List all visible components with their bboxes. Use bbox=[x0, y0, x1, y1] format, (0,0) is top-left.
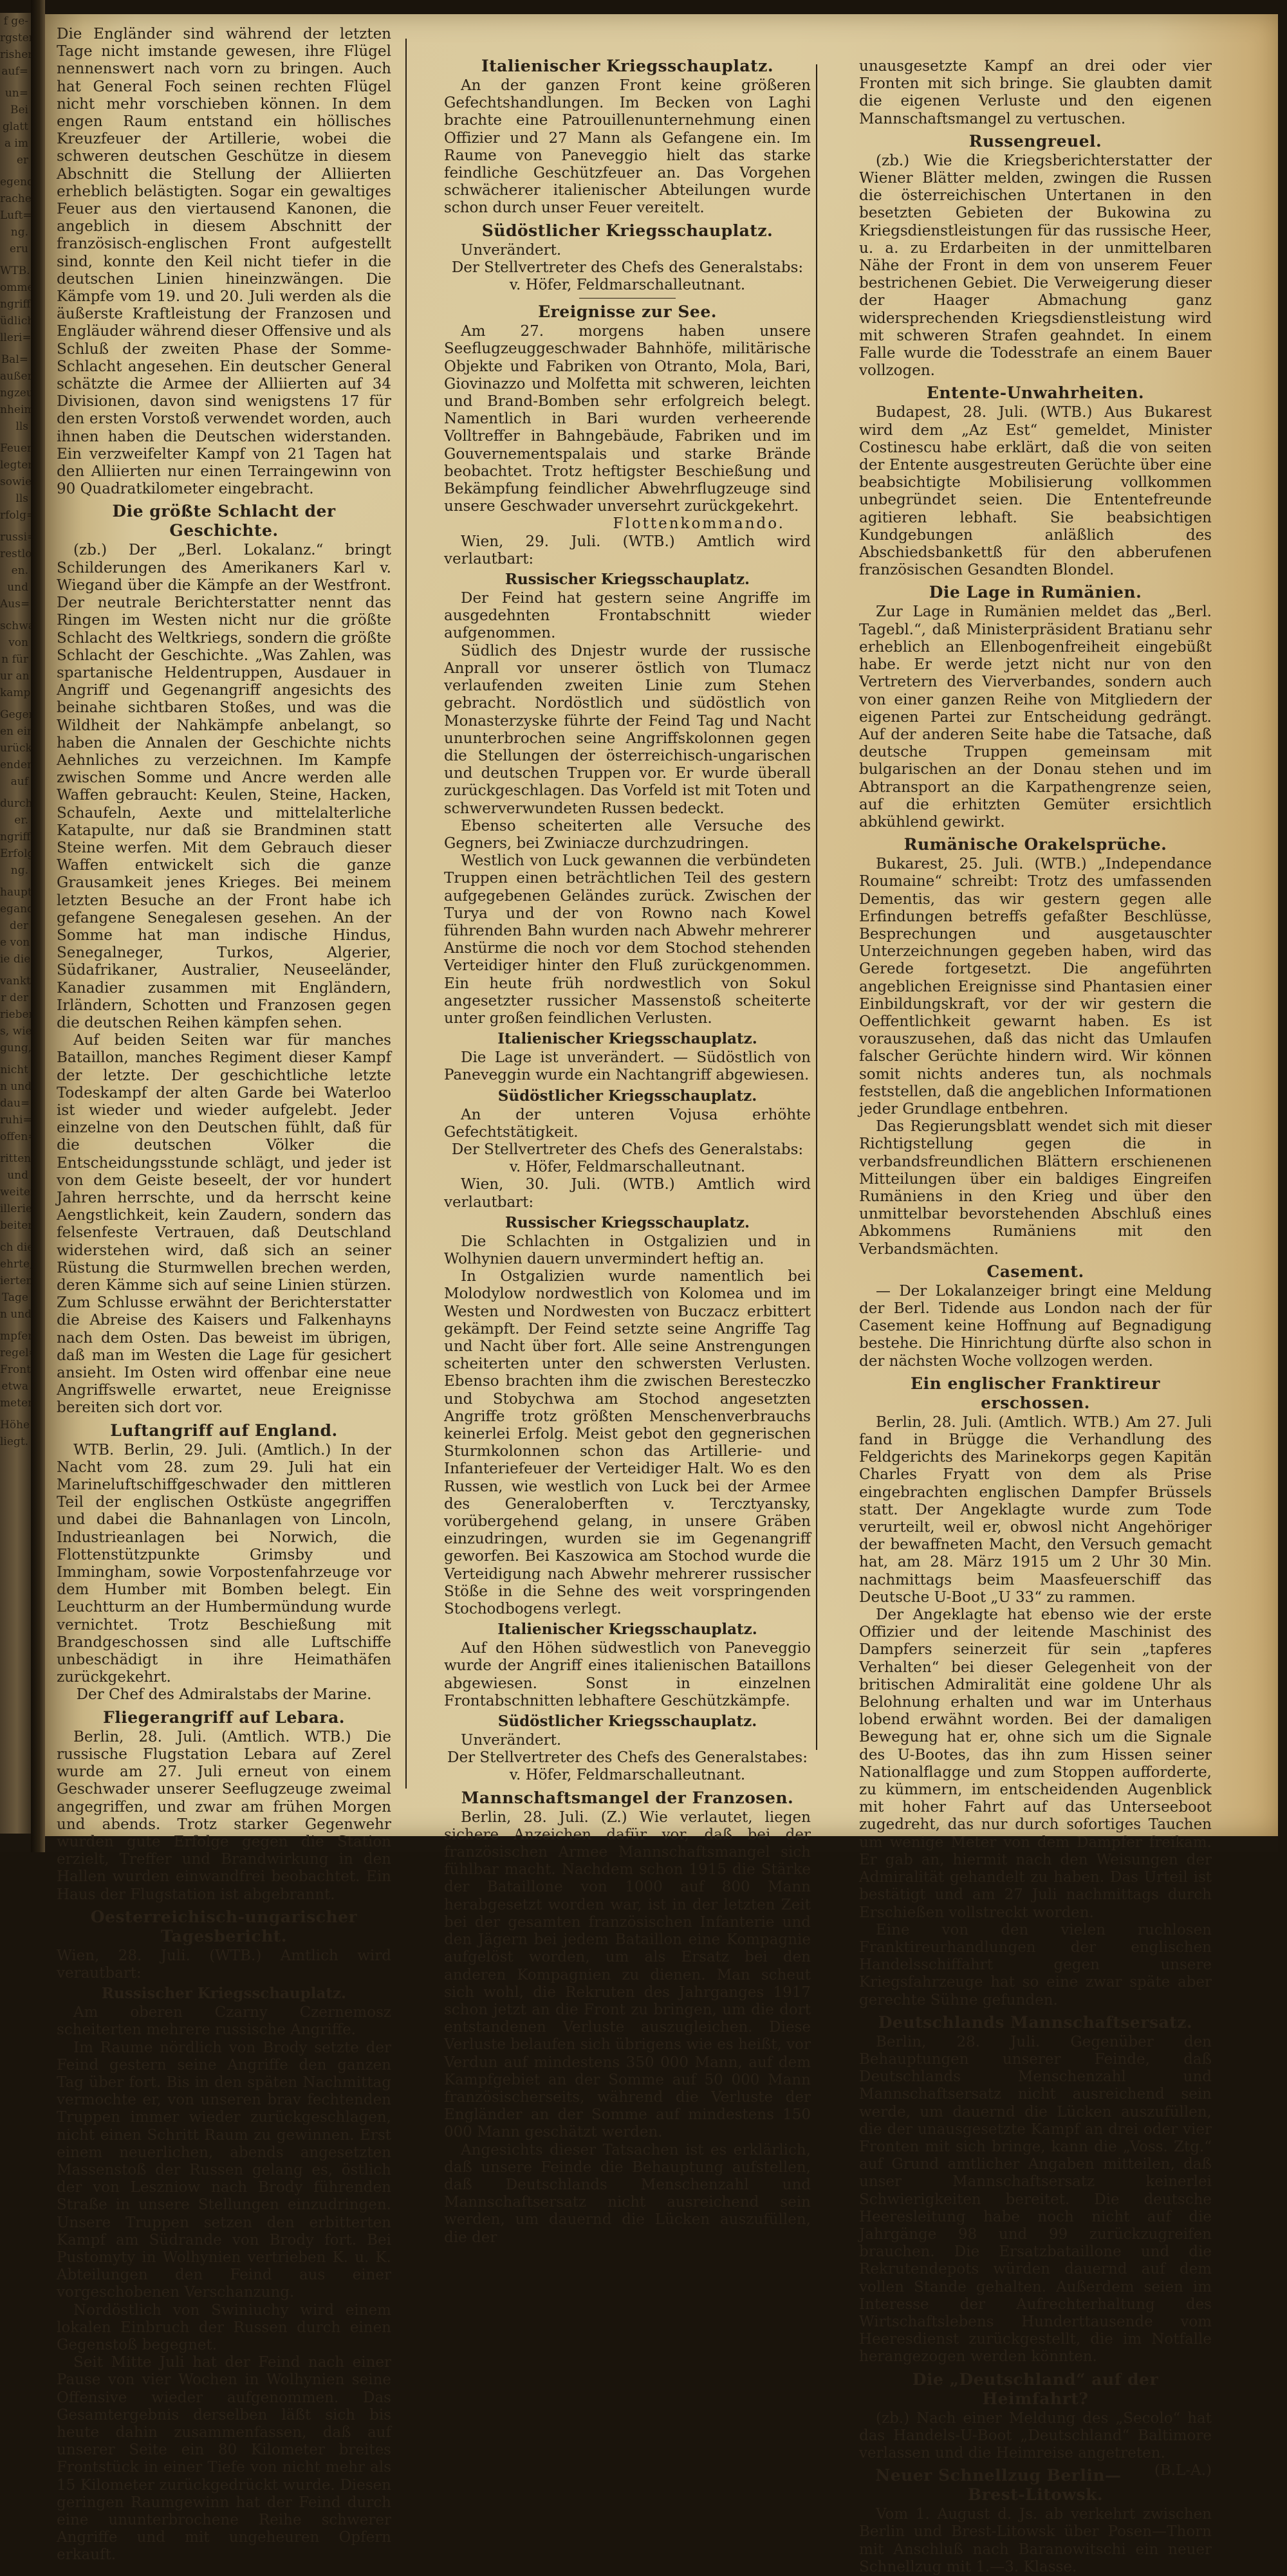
article-headline: Fliegerangriff auf Lebara. bbox=[57, 1708, 391, 1727]
article-headline: Entente-Unwahrheiten. bbox=[859, 383, 1212, 403]
article-paragraph: In Ostgalizien wurde namentlich bei Molo… bbox=[444, 1268, 811, 1618]
text: Südöstlicher Kriegsschauplatz. bbox=[482, 221, 773, 240]
facing-fragment-line: enden bbox=[0, 757, 31, 773]
article-headline: Italienischer Kriegsschauplatz. bbox=[444, 57, 811, 76]
facing-fragment-line: ng. bbox=[0, 862, 31, 879]
facing-fragment-line: illerie bbox=[0, 1201, 31, 1217]
text: Wien, 30. Juli. (WTB.) Amtlich wird verl… bbox=[444, 1176, 811, 1210]
text: Ein englischer Franktireur erschossen. bbox=[911, 1374, 1160, 1412]
facing-fragment-line: ehrte, bbox=[0, 1256, 31, 1273]
facing-fragment-line: ruhi= bbox=[0, 1112, 31, 1128]
column-left: Die Engländer sind während der letzten T… bbox=[57, 26, 391, 1852]
text: Die Schlachten in Ostgalizien und in Wol… bbox=[444, 1233, 811, 1267]
column-rule-1 bbox=[405, 39, 407, 1789]
binding-right-edge bbox=[1278, 0, 1287, 1852]
article-headline: Luftangriff auf England. bbox=[57, 1421, 391, 1440]
facing-fragment-line: außer bbox=[0, 368, 31, 385]
facing-fragment-line: egand bbox=[0, 901, 31, 917]
article-headline: Casement. bbox=[859, 1262, 1212, 1282]
binding-top-edge bbox=[0, 0, 1287, 14]
article-paragraph: Die Schlachten in Ostgalizien und in Wol… bbox=[444, 1233, 811, 1268]
article-paragraph: Budapest, 28. Juli. (WTB.) Aus Bukarest … bbox=[859, 404, 1212, 579]
facing-fragment-line: gung, bbox=[0, 1040, 31, 1056]
text: Die Lage in Rumänien. bbox=[929, 583, 1142, 602]
article-paragraph: unausgesetzte Kampf an drei oder vier Fr… bbox=[859, 58, 1212, 128]
facing-fragment-line: ie die bbox=[0, 951, 31, 968]
text: Rumänische Orakelsprüche. bbox=[904, 835, 1167, 854]
facing-fragment-line: durch= bbox=[0, 795, 31, 812]
facing-fragment-line: auf= bbox=[0, 63, 31, 80]
text: Der Chef des Admiralstabs der Marine. bbox=[77, 1686, 372, 1703]
article-paragraph: An der unteren Vojusa erhöhte Gefechtstä… bbox=[444, 1107, 811, 1141]
signature-line: Der Stellvertreter des Chefs des General… bbox=[444, 259, 811, 277]
text: Italienischer Kriegsschauplatz. bbox=[497, 1621, 757, 1638]
facing-fragment-line: omme bbox=[0, 279, 31, 296]
article-paragraph: Berlin, 28. Juli. (Z.) Wie verlautet, li… bbox=[444, 1809, 811, 1852]
facing-fragment-line: russi= bbox=[0, 529, 31, 546]
article-paragraph: Die Engländer sind während der letzten T… bbox=[57, 26, 391, 498]
facing-fragment-line: n und bbox=[0, 1306, 31, 1323]
facing-fragment-line: rgsten bbox=[0, 30, 31, 46]
facing-fragment-line: Feuer bbox=[0, 440, 31, 457]
text: In Ostgalizien wurde namentlich bei Molo… bbox=[444, 1268, 811, 1617]
facing-fragment-line: auf bbox=[0, 773, 31, 790]
facing-fragment-line: ch die bbox=[0, 1239, 31, 1256]
facing-fragment-line: e von bbox=[0, 934, 31, 951]
text: unausgesetzte Kampf an drei oder vier Fr… bbox=[859, 58, 1212, 127]
facing-fragment-line: meter, bbox=[0, 1395, 31, 1412]
article-paragraph: Ebenso scheiterten alle Versuche des Geg… bbox=[444, 818, 811, 852]
text: (zb.) Wie die Kriegsberichterstatter der… bbox=[859, 152, 1212, 379]
facing-fragment-line: nheim bbox=[0, 401, 31, 418]
article-paragraph: Südlich des Dnjestr wurde der russische … bbox=[444, 643, 811, 818]
facing-fragment-line: ritten bbox=[0, 1150, 31, 1167]
facing-fragment-line: er. bbox=[0, 812, 31, 829]
facing-fragment-line: Aus= bbox=[0, 596, 31, 612]
facing-fragment-line: legten bbox=[0, 457, 31, 474]
text: Russengreuel. bbox=[969, 132, 1102, 151]
facing-fragment-line: von bbox=[0, 634, 31, 651]
facing-fragment-line: nicht bbox=[0, 1062, 31, 1078]
facing-fragment-line: rieben bbox=[0, 1006, 31, 1023]
text: Auf den Höhen südwestlich von Paneveggio… bbox=[444, 1640, 811, 1709]
article-paragraph: Der Angeklagte hat ebenso wie der erste … bbox=[859, 1606, 1212, 1852]
facing-fragment-line: dau= bbox=[0, 1095, 31, 1112]
facing-fragment-line: sowie bbox=[0, 474, 31, 490]
signature-line: v. Höfer, Feldmarschalleutnant. bbox=[444, 1159, 811, 1176]
facing-fragment-line: eru bbox=[0, 241, 31, 257]
article-paragraph: Berlin, 28. Juli. (Amtlich. WTB.) Die ru… bbox=[57, 1729, 391, 1852]
article-headline: Die Lage in Rumänien. bbox=[859, 583, 1212, 602]
text: Südöstlicher Kriegsschauplatz. bbox=[498, 1713, 757, 1730]
text: Unverändert. bbox=[461, 242, 561, 259]
article-headline: Die größte Schlacht der Geschichte. bbox=[57, 502, 391, 540]
text: Der Feind hat gestern seine Angriffe im … bbox=[444, 590, 811, 641]
text: Der Stellvertreter des Chefs des General… bbox=[452, 259, 803, 276]
signature-line: v. Höfer, Feldmarschalleutnant. bbox=[444, 277, 811, 294]
signature-line: Der Stellvertreter des Chefs des General… bbox=[444, 1141, 811, 1159]
text: Wien, 29. Juli. (WTB.) Amtlich wird verl… bbox=[444, 533, 811, 567]
text: v. Höfer, Feldmarschalleutnant. bbox=[510, 1159, 745, 1175]
facing-fragment-line: s, wie bbox=[0, 1023, 31, 1040]
facing-fragment-line: ngzeug bbox=[0, 385, 31, 401]
article-headline: Mannschaftsmangel der Franzosen. bbox=[444, 1789, 811, 1808]
signature-line: Der Stellvertreter des Chefs des General… bbox=[444, 1749, 811, 1767]
text: Mannschaftsmangel der Franzosen. bbox=[461, 1789, 794, 1807]
facing-fragment-line: etwa bbox=[0, 1378, 31, 1395]
text: Entente-Unwahrheiten. bbox=[927, 383, 1144, 402]
text: Der Angeklagte hat ebenso wie der erste … bbox=[859, 1606, 1212, 1852]
facing-fragment-line: vankte bbox=[0, 973, 31, 989]
facing-fragment-line: ierten bbox=[0, 1273, 31, 1289]
text: — Der Lokalanzeiger bringt eine Meldung … bbox=[859, 1283, 1212, 1370]
facing-fragment-line: er bbox=[0, 152, 31, 169]
facing-fragment-line: weiten bbox=[0, 1184, 31, 1201]
article-paragraph: Auf den Höhen südwestlich von Paneveggio… bbox=[444, 1640, 811, 1710]
article-headline: Südöstlicher Kriegsschauplatz. bbox=[444, 221, 811, 241]
facing-fragment-line: lleri= bbox=[0, 329, 31, 346]
text: Zur Lage in Rumänien meldet das „Berl. T… bbox=[859, 603, 1212, 830]
text: An der ganzen Front keine größeren Gefec… bbox=[444, 77, 811, 216]
facing-fragment-line: mpfen bbox=[0, 1328, 31, 1345]
facing-fragment-line: Luft= bbox=[0, 207, 31, 224]
facing-fragment-line: en. bbox=[0, 562, 31, 579]
facing-fragment-line: Front bbox=[0, 1361, 31, 1378]
facing-fragment-line: und bbox=[0, 1167, 31, 1184]
facing-fragment-line: rachen bbox=[0, 190, 31, 207]
article-paragraph: Unverändert. bbox=[444, 1732, 811, 1749]
facing-fragment-line: haupt= bbox=[0, 884, 31, 901]
facing-fragment-line: Gegen= bbox=[0, 706, 31, 723]
article-paragraph: Das Regierungsblatt wendet sich mit dies… bbox=[859, 1118, 1212, 1258]
section-subheading: Südöstlicher Kriegsschauplatz. bbox=[444, 1087, 811, 1105]
text: Luftangriff auf England. bbox=[110, 1421, 337, 1440]
text: (zb.) Der „Berl. Lokalanz.“ bringt Schil… bbox=[57, 542, 391, 1031]
facing-fragment-line: liegt. bbox=[0, 1433, 31, 1450]
article-headline: Rumänische Orakelsprüche. bbox=[859, 835, 1212, 854]
text: Russischer Kriegsschauplatz. bbox=[505, 1214, 750, 1231]
facing-fragment-line: regel= bbox=[0, 1345, 31, 1361]
text: Fliegerangriff auf Lebara. bbox=[103, 1708, 345, 1727]
signature-line: Flottenkommando. bbox=[444, 515, 811, 533]
article-headline: Russengreuel. bbox=[859, 132, 1212, 151]
article-paragraph: Auf beiden Seiten war für manches Batail… bbox=[57, 1032, 391, 1417]
text: Ebenso scheiterten alle Versuche des Geg… bbox=[444, 818, 811, 852]
facing-fragment-line: Tage bbox=[0, 1289, 31, 1306]
text: Berlin, 28. Juli. (Z.) Wie verlautet, li… bbox=[444, 1809, 811, 1852]
facing-fragment-line: und bbox=[0, 579, 31, 596]
facing-fragment-line: glatt bbox=[0, 118, 31, 135]
article-headline: Ereignisse zur See. bbox=[444, 302, 811, 322]
facing-fragment-line: ng. bbox=[0, 224, 31, 241]
article-paragraph: Zur Lage in Rumänien meldet das „Berl. T… bbox=[859, 603, 1212, 831]
facing-fragment-line: lls bbox=[0, 490, 31, 507]
section-subheading: Südöstlicher Kriegsschauplatz. bbox=[444, 1713, 811, 1731]
text: Unverändert. bbox=[461, 1732, 561, 1749]
text: Italienischer Kriegsschauplatz. bbox=[497, 1030, 757, 1047]
text: An der unteren Vojusa erhöhte Gefechtstä… bbox=[444, 1107, 811, 1141]
facing-fragment-line: beiter= bbox=[0, 1217, 31, 1234]
column-middle: Italienischer Kriegsschauplatz.An der ga… bbox=[444, 53, 811, 1852]
text: Flottenkommando. bbox=[613, 515, 785, 532]
column-right: unausgesetzte Kampf an drei oder vier Fr… bbox=[859, 58, 1212, 1852]
text: Südlich des Dnjestr wurde der russische … bbox=[444, 643, 811, 817]
text: Die Lage ist unverändert. — Südöstlich v… bbox=[444, 1049, 811, 1083]
facing-fragment-line: urück= bbox=[0, 740, 31, 757]
facing-fragment-line: Bal= bbox=[0, 351, 31, 368]
facing-fragment-line: risher bbox=[0, 46, 31, 63]
facing-fragment-line: r der bbox=[0, 989, 31, 1006]
section-subheading: Italienischer Kriegsschauplatz. bbox=[444, 1621, 811, 1639]
article-paragraph: Westlich von Luck gewannen die verbündet… bbox=[444, 852, 811, 1027]
facing-fragment-line: offen= bbox=[0, 1128, 31, 1145]
facing-fragment-line: lls bbox=[0, 418, 31, 435]
facing-fragment-line: Erfolg bbox=[0, 845, 31, 862]
text: v. Höfer, Feldmarschalleutnant. bbox=[510, 1767, 745, 1783]
article-paragraph: — Der Lokalanzeiger bringt eine Meldung … bbox=[859, 1283, 1212, 1370]
separator-rule bbox=[579, 298, 676, 299]
text: Russischer Kriegsschauplatz. bbox=[505, 571, 750, 588]
section-subheading: Russischer Kriegsschauplatz. bbox=[444, 1214, 811, 1232]
text: Der Stellvertreter des Chefs des General… bbox=[452, 1141, 803, 1158]
text: Die Engländer sind während der letzten T… bbox=[57, 26, 391, 497]
newspaper-page: f ge-rgstenrisherauf=un=Beiglatta imereg… bbox=[0, 0, 1287, 1852]
text: Das Regierungsblatt wendet sich mit dies… bbox=[859, 1118, 1212, 1257]
text: Südöstlicher Kriegsschauplatz. bbox=[498, 1087, 757, 1105]
article-paragraph: Der Feind hat gestern seine Angriffe im … bbox=[444, 590, 811, 643]
text: Auf beiden Seiten war für manches Batail… bbox=[57, 1032, 391, 1416]
text: Der Stellvertreter des Chefs des General… bbox=[447, 1749, 808, 1766]
article-paragraph: Wien, 29. Juli. (WTB.) Amtlich wird verl… bbox=[444, 533, 811, 568]
text: Ereignisse zur See. bbox=[538, 302, 717, 321]
facing-fragment-line: schwa bbox=[0, 618, 31, 634]
facing-fragment-line: egend bbox=[0, 174, 31, 190]
section-subheading: Russischer Kriegsschauplatz. bbox=[444, 571, 811, 589]
signature-line: v. Höfer, Feldmarschalleutnant. bbox=[444, 1767, 811, 1784]
text: Am 27. morgens haben unsere Seeflugzeugg… bbox=[444, 323, 811, 515]
article-paragraph: Bukarest, 25. Juli. (WTB.) „Independance… bbox=[859, 856, 1212, 1118]
facing-fragment-line: ur an bbox=[0, 668, 31, 685]
facing-fragment-line: ngriffe bbox=[0, 296, 31, 313]
facing-fragment-line: un= bbox=[0, 85, 31, 102]
column-rule-2 bbox=[816, 64, 817, 1750]
facing-fragment-line: a im bbox=[0, 135, 31, 152]
facing-fragment-line: n und bbox=[0, 1078, 31, 1095]
facing-fragment-line: kampf bbox=[0, 685, 31, 701]
facing-fragment-line: Bei bbox=[0, 102, 31, 118]
article-paragraph: (zb.) Der „Berl. Lokalanz.“ bringt Schil… bbox=[57, 542, 391, 1032]
article-paragraph: Unverändert. bbox=[444, 242, 811, 259]
facing-fragment-line: der bbox=[0, 917, 31, 934]
article-paragraph: Am 27. morgens haben unsere Seeflugzeugg… bbox=[444, 323, 811, 515]
facing-fragment-line: WTB. bbox=[0, 262, 31, 279]
text: Berlin, 28. Juli. (Amtlich. WTB.) Am 27.… bbox=[859, 1414, 1212, 1606]
facing-fragment-line: üdlich bbox=[0, 313, 31, 329]
article-paragraph: WTB. Berlin, 29. Juli. (Amtlich.) In der… bbox=[57, 1442, 391, 1687]
facing-page-fragment: f ge-rgstenrisherauf=un=Beiglatta imereg… bbox=[0, 13, 31, 1834]
text: Italienischer Kriegsschauplatz. bbox=[481, 57, 773, 75]
article-paragraph: Wien, 30. Juli. (WTB.) Amtlich wird verl… bbox=[444, 1176, 811, 1211]
binding-gutter bbox=[31, 0, 45, 1852]
text: Budapest, 28. Juli. (WTB.) Aus Bukarest … bbox=[859, 404, 1212, 578]
article-paragraph: (zb.) Wie die Kriegsberichterstatter der… bbox=[859, 152, 1212, 380]
text: Die größte Schlacht der Geschichte. bbox=[112, 502, 335, 540]
signature-line: Der Chef des Admiralstabs der Marine. bbox=[57, 1686, 391, 1704]
article-paragraph: Die Lage ist unverändert. — Südöstlich v… bbox=[444, 1049, 811, 1084]
section-subheading: Italienischer Kriegsschauplatz. bbox=[444, 1030, 811, 1048]
facing-fragment-line: Höhe bbox=[0, 1417, 31, 1433]
article-paragraph: An der ganzen Front keine größeren Gefec… bbox=[444, 77, 811, 217]
facing-fragment-line: rfolg= bbox=[0, 507, 31, 524]
text: Casement. bbox=[986, 1262, 1084, 1281]
facing-fragment-line: n für bbox=[0, 651, 31, 668]
text: Berlin, 28. Juli. (Amtlich. WTB.) Die ru… bbox=[57, 1729, 391, 1852]
facing-fragment-line: restlos bbox=[0, 546, 31, 562]
article-headline: Ein englischer Franktireur erschossen. bbox=[859, 1374, 1212, 1413]
text: v. Höfer, Feldmarschalleutnant. bbox=[510, 277, 745, 293]
text: WTB. Berlin, 29. Juli. (Amtlich.) In der… bbox=[57, 1442, 391, 1686]
text: Westlich von Luck gewannen die verbündet… bbox=[444, 852, 811, 1027]
facing-fragment-line: f ge- bbox=[0, 13, 31, 30]
text: Bukarest, 25. Juli. (WTB.) „Independance… bbox=[859, 856, 1212, 1118]
article-paragraph: Berlin, 28. Juli. (Amtlich. WTB.) Am 27.… bbox=[859, 1414, 1212, 1606]
facing-fragment-line: ngriffe bbox=[0, 829, 31, 845]
facing-fragment-line: en ein bbox=[0, 723, 31, 740]
